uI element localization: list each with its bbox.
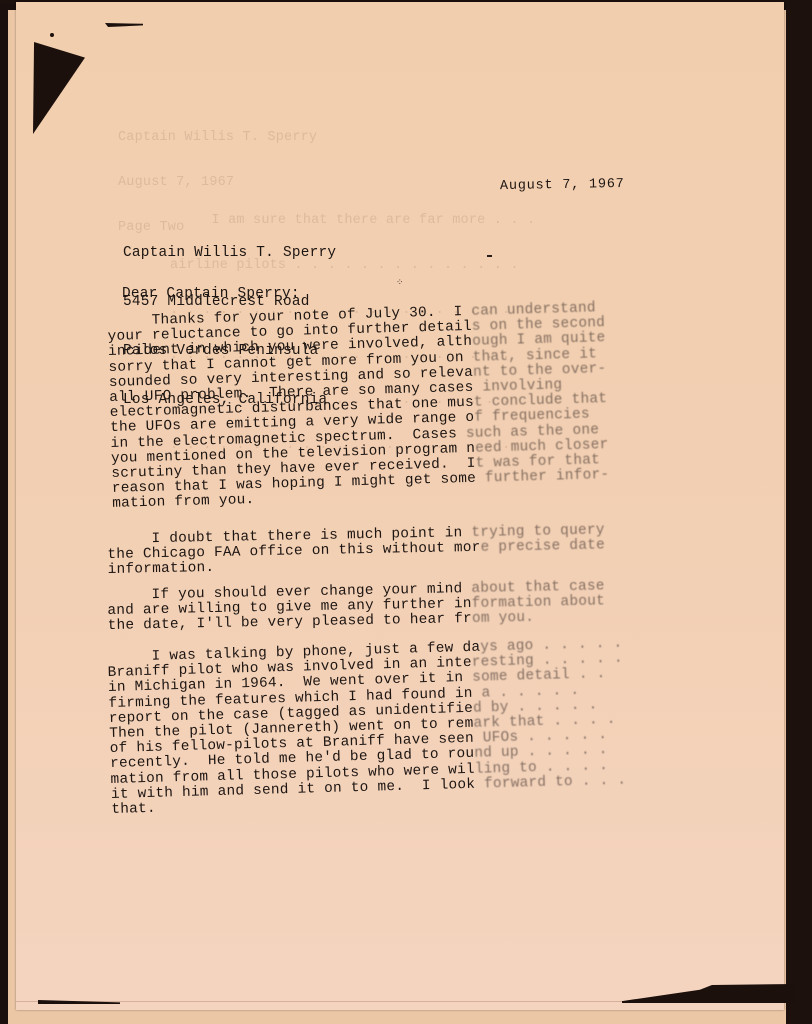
salutation: Dear Captain Sperry: bbox=[122, 287, 300, 302]
toner-speck bbox=[50, 33, 54, 37]
bleed-line: Captain Willis T. Sperry bbox=[118, 130, 317, 145]
paragraph-4: I was talking by phone, just a few days … bbox=[107, 637, 627, 819]
letter-date: August 7, 1967 bbox=[500, 177, 625, 194]
paragraph-2: I doubt that there is much point in tryi… bbox=[107, 523, 605, 578]
paragraph-3: If you should ever change your mind abou… bbox=[107, 579, 605, 634]
line-text: that. bbox=[111, 801, 156, 818]
address-line: Captain Willis T. Sperry bbox=[123, 245, 336, 261]
line-text: information. bbox=[108, 560, 215, 578]
faded-line-text: formation about bbox=[472, 594, 606, 613]
paragraph-1: Thanks for your note of July 30. I can u… bbox=[107, 301, 610, 512]
stray-speck: ⁘ bbox=[396, 278, 404, 288]
scan-background-right bbox=[786, 0, 812, 1024]
faded-line-text: e precise date bbox=[480, 538, 605, 556]
faded-line-text: om you. bbox=[472, 610, 534, 627]
stray-dash bbox=[487, 255, 492, 257]
